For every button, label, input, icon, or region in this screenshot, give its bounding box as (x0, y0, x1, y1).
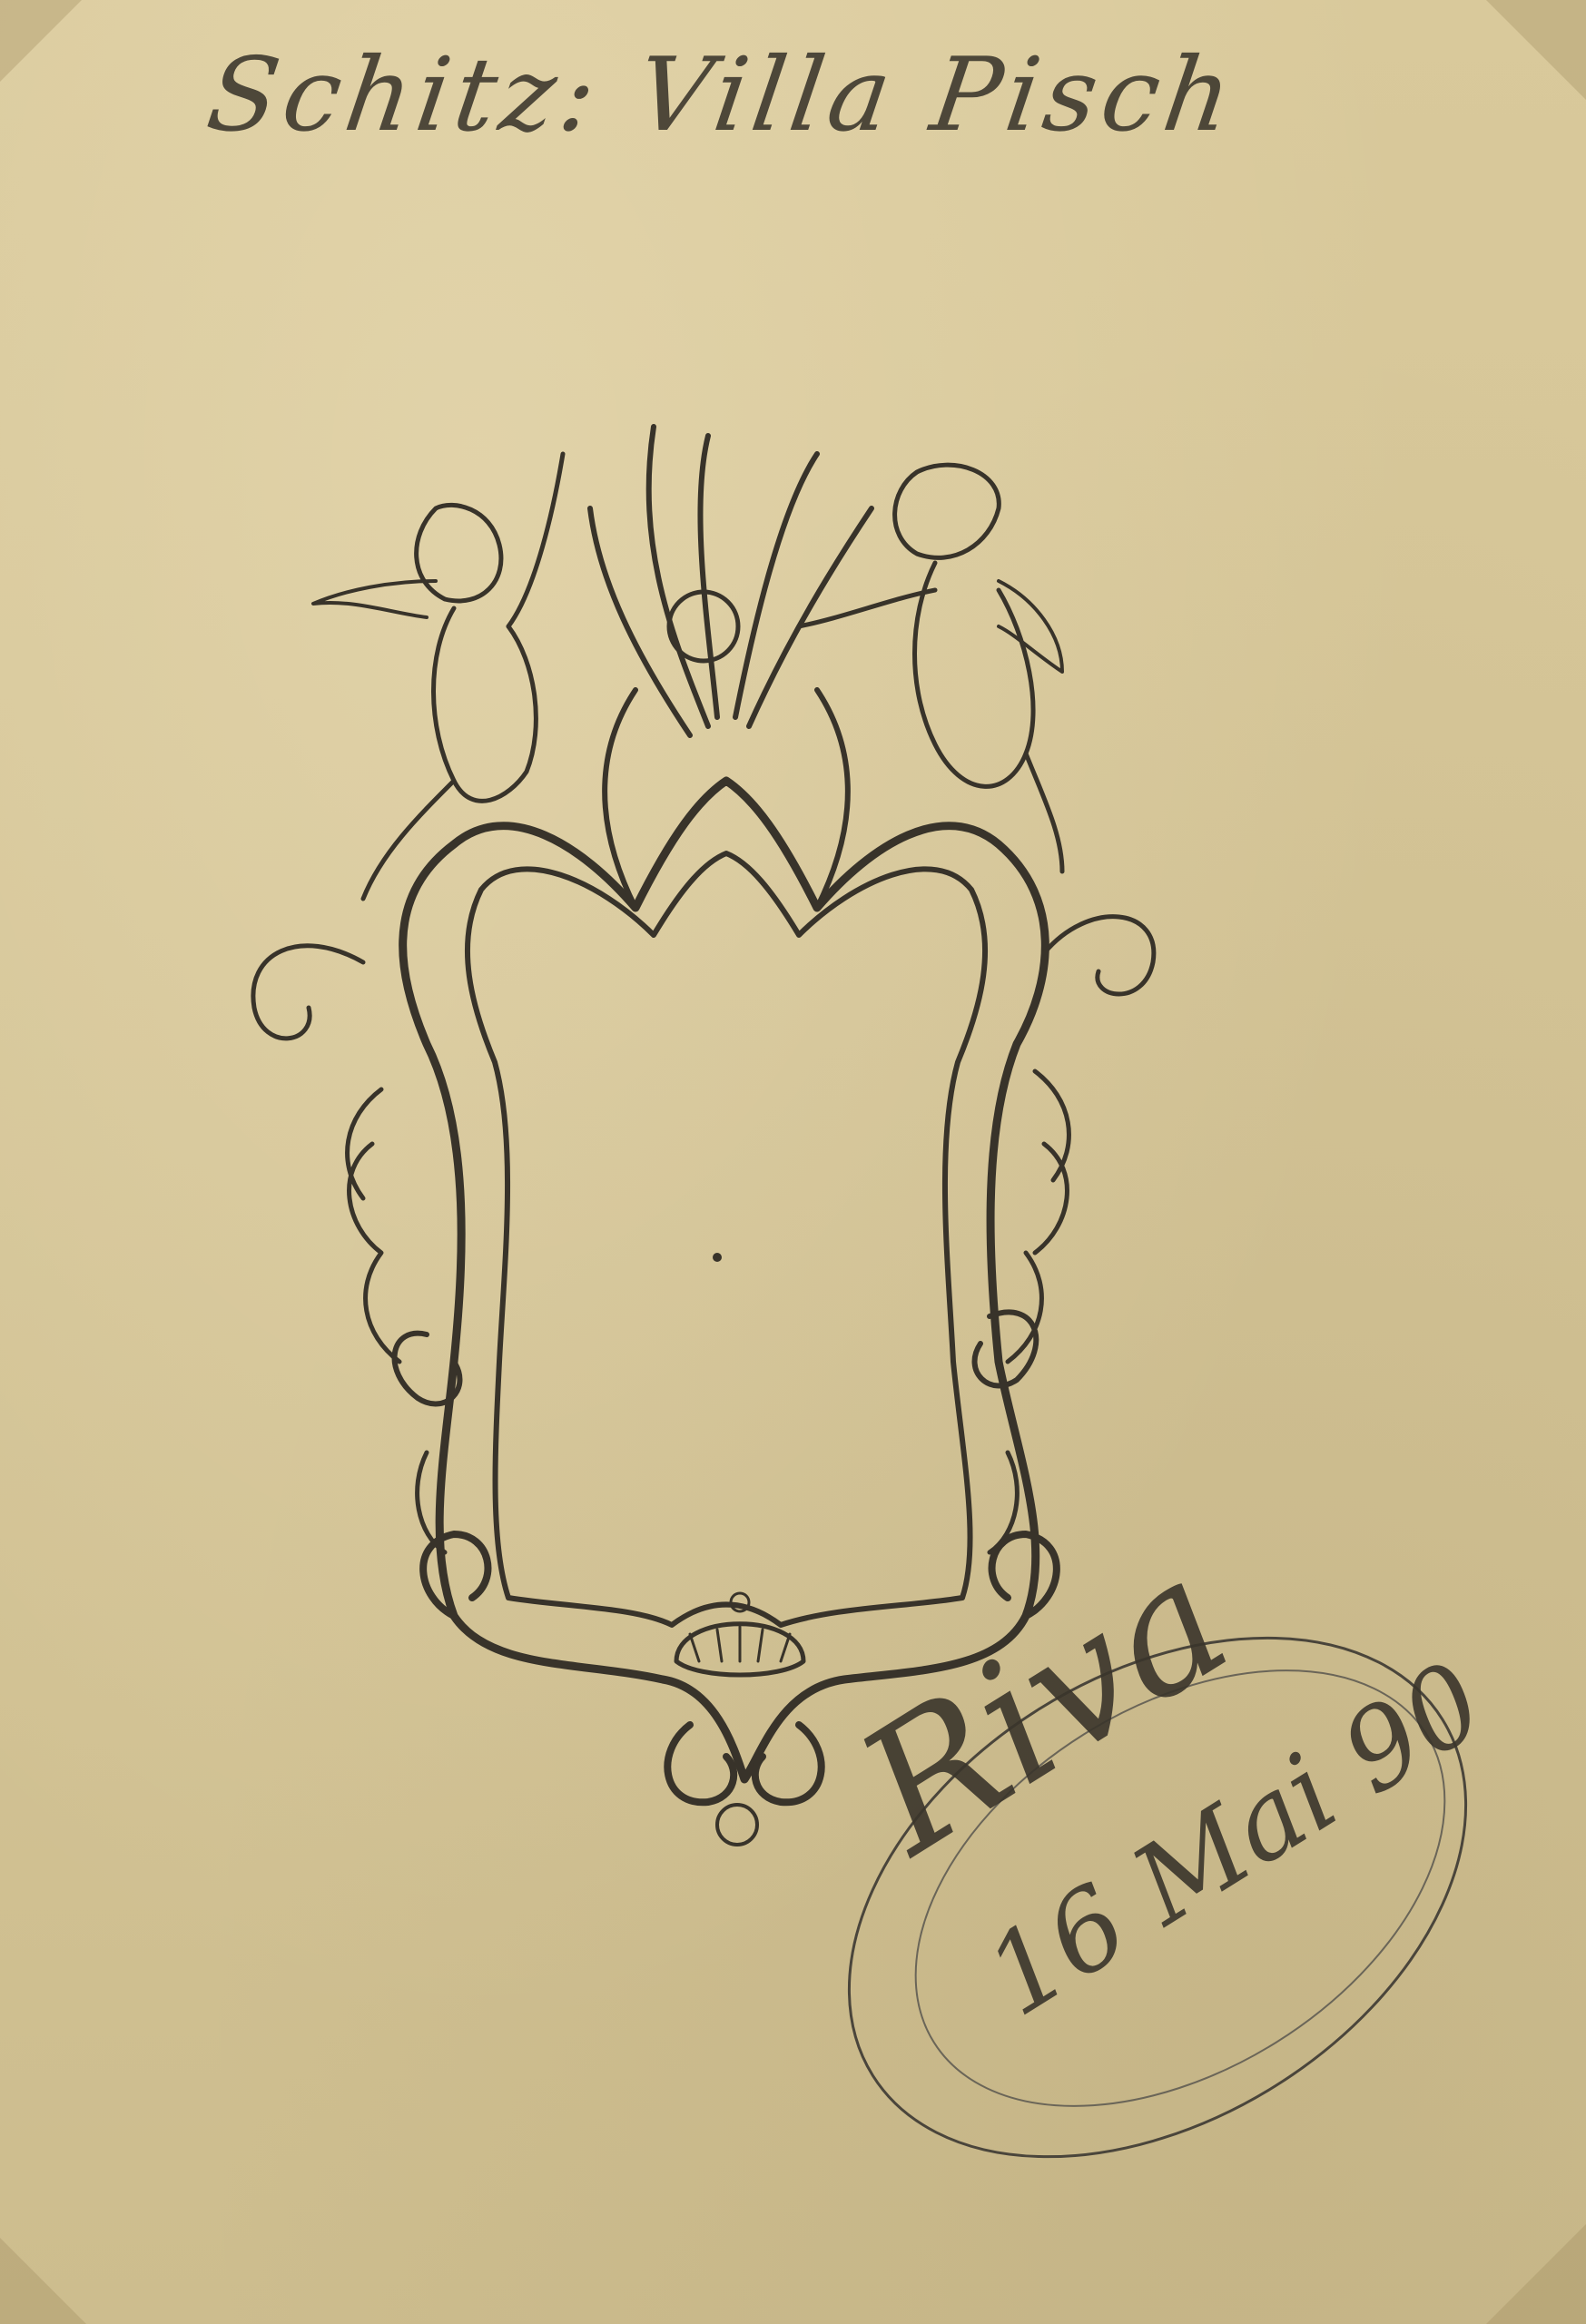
pendant-drop (717, 1805, 757, 1845)
mirror-frame-drawing (0, 0, 1586, 2324)
left-putto-leg (363, 781, 454, 899)
left-putto-arm (508, 454, 563, 626)
right-putto-leg (1026, 753, 1062, 871)
left-putto-body (434, 608, 537, 801)
right-scroll (1044, 917, 1154, 994)
left-scroll (253, 946, 363, 1039)
left-putto-head (417, 505, 501, 601)
sketch-paper: Schitz: Villa Pisch (0, 0, 1586, 2324)
crest-acanthus (605, 690, 848, 908)
left-putto-wing (313, 581, 436, 617)
mirror-glass-outline (468, 853, 985, 1625)
right-putto-head (895, 465, 1000, 557)
bottom-left-scroll (423, 1534, 488, 1616)
right-putto-wing (999, 581, 1062, 672)
right-putto-body (915, 563, 1034, 786)
crest-plumes (590, 427, 872, 735)
